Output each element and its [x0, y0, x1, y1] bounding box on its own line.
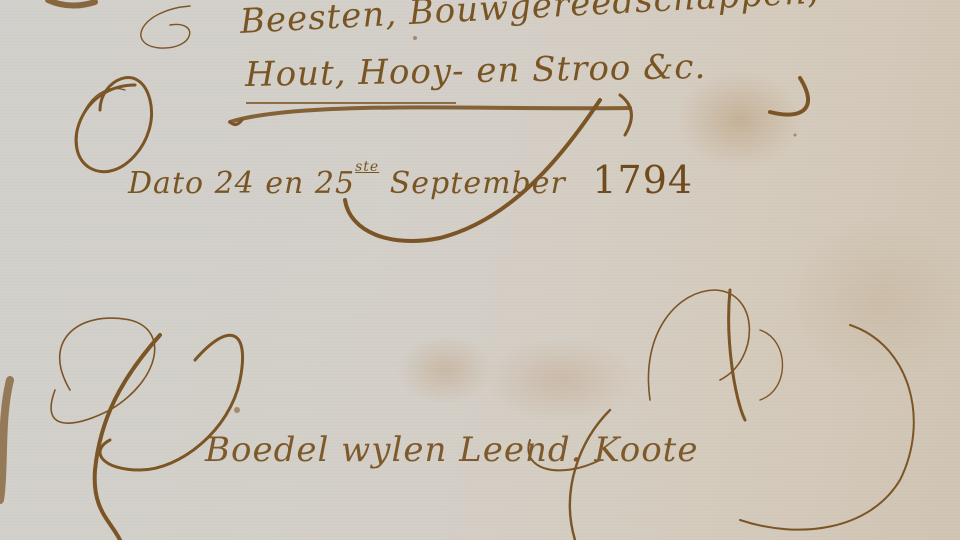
date-year: 1794	[592, 158, 693, 202]
underline-hout	[246, 102, 456, 104]
date-month: September	[390, 166, 566, 201]
date-ordinal-superscript: ste	[355, 159, 379, 175]
estate-title: Boedel wylen Leend. Koote	[205, 430, 698, 470]
line-items-wood-hay-straw: Hout, Hooy- en Stroo &c.	[245, 47, 707, 95]
date-prefix: Dato 24 en 25	[128, 166, 355, 201]
date-line: Dato 24 en 25ste September 1794	[128, 158, 693, 202]
